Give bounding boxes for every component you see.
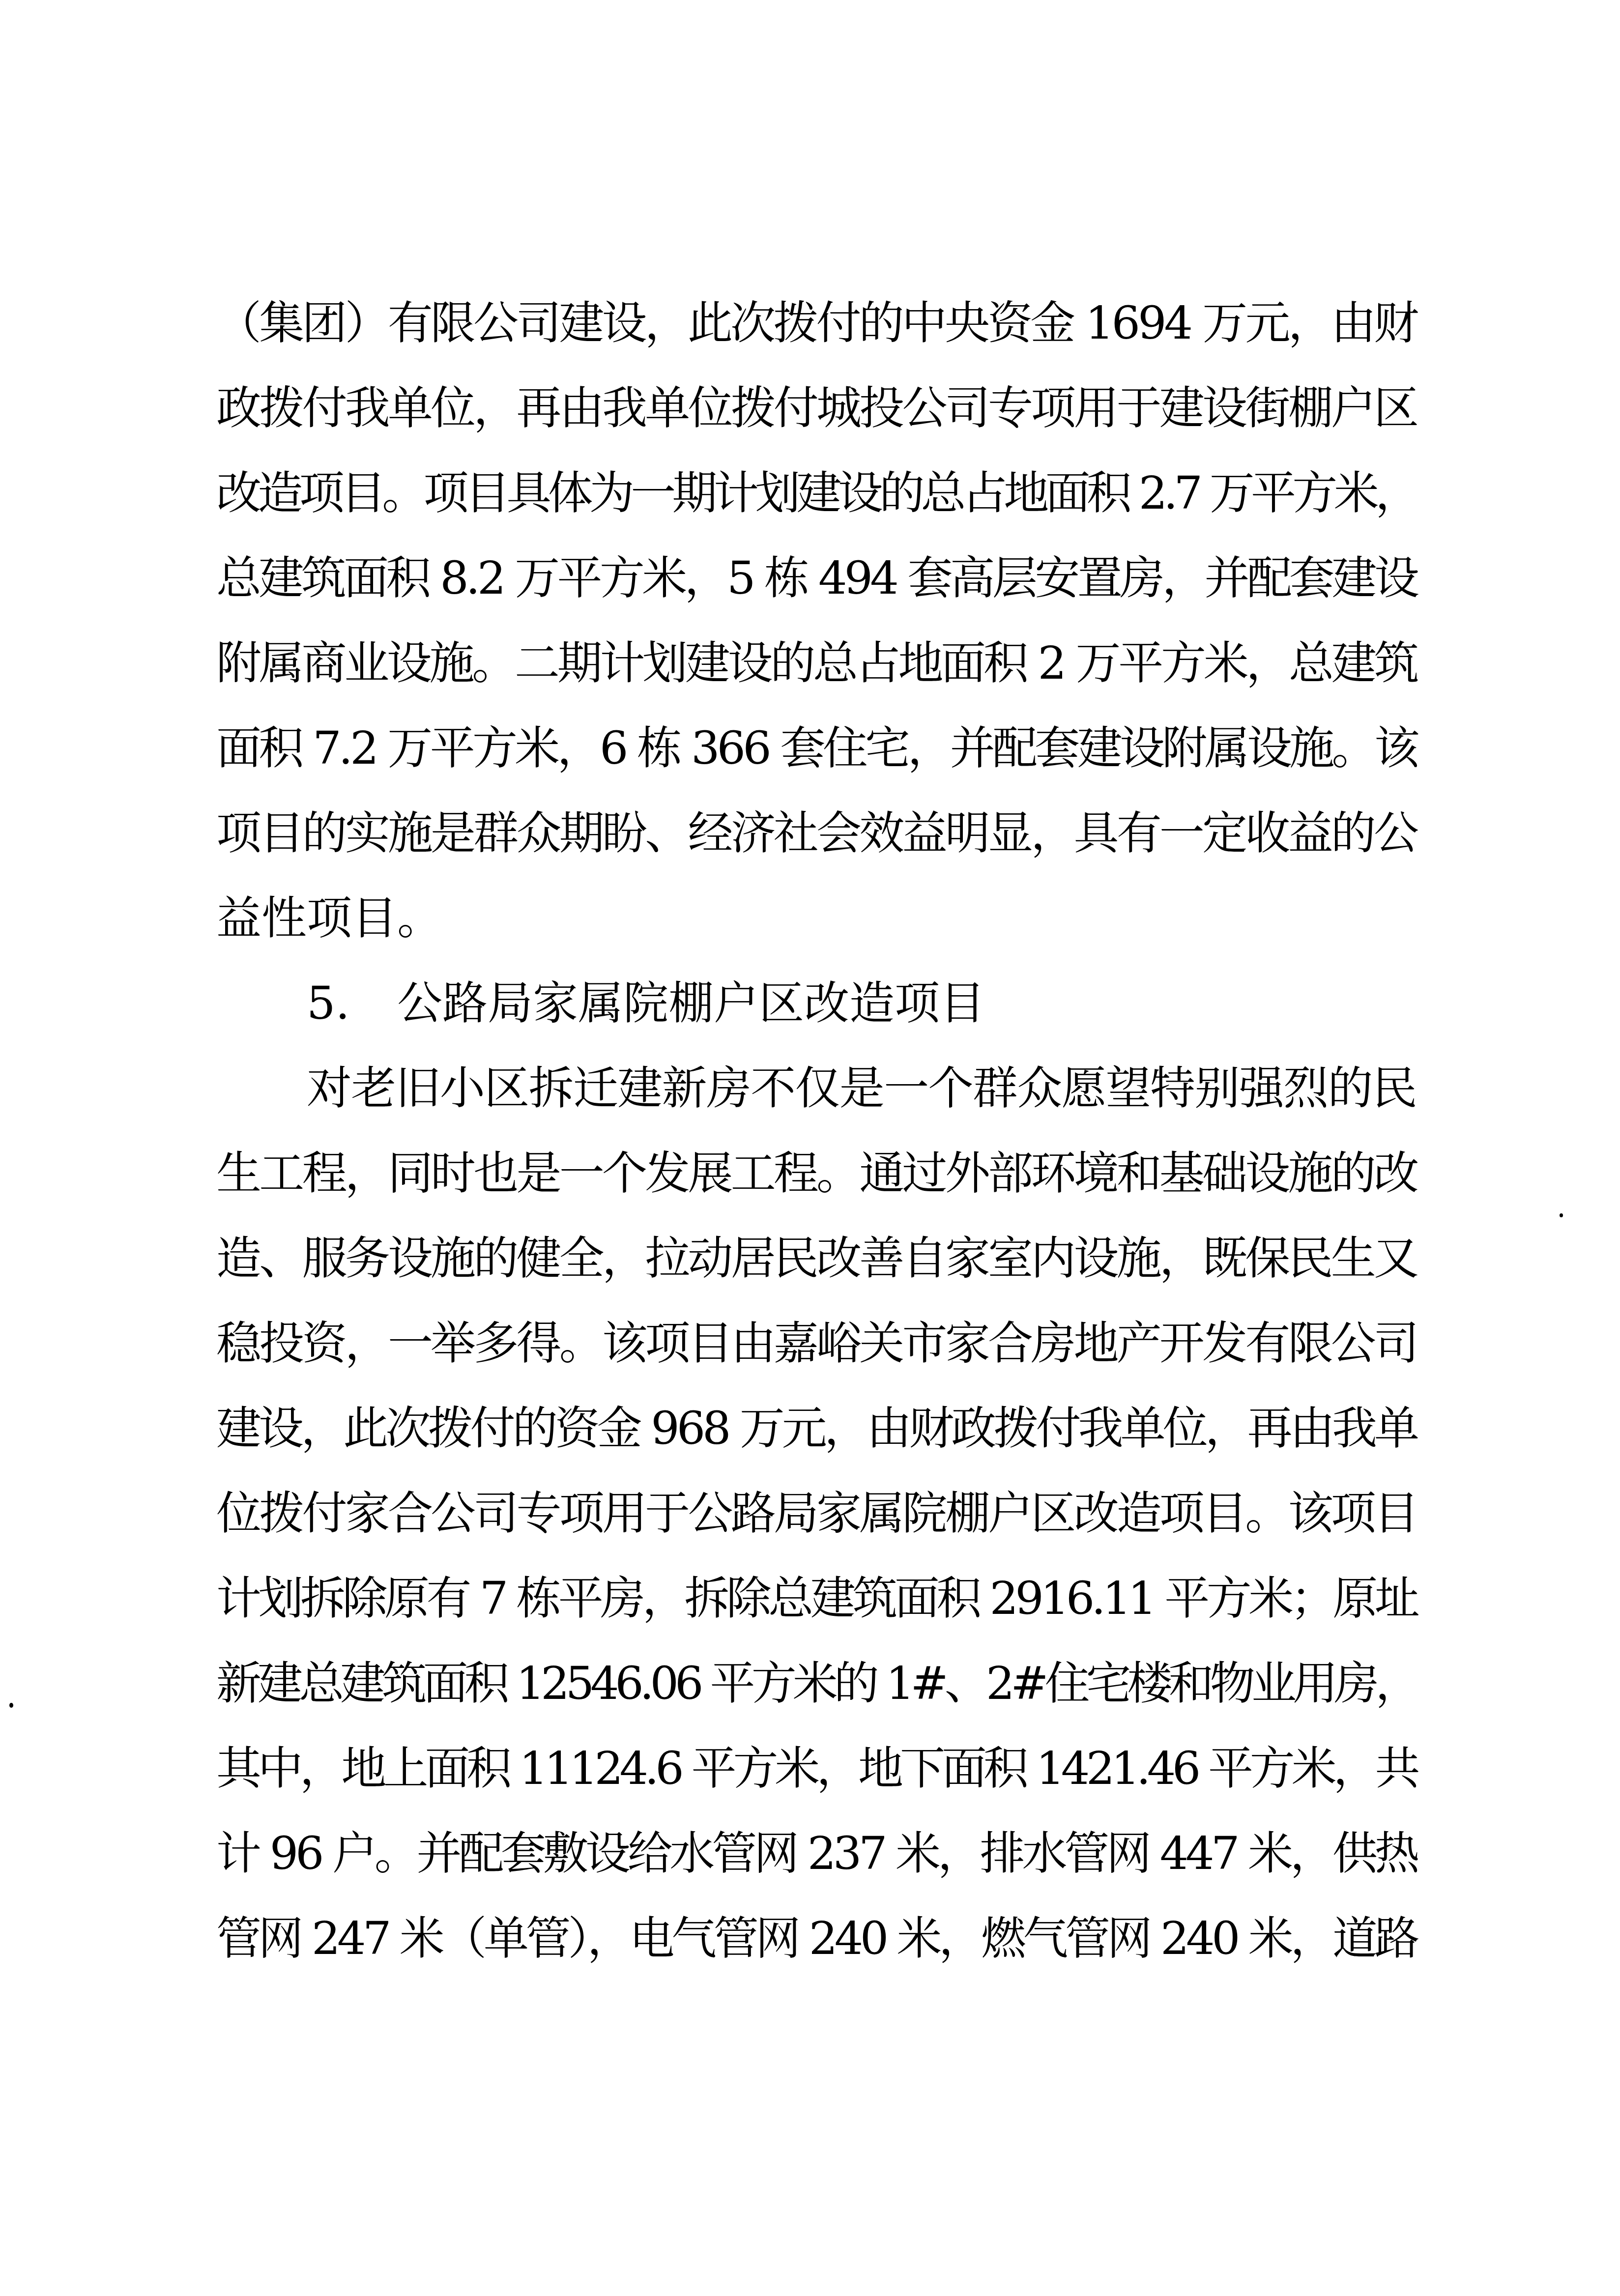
text-line: 管网 247 米（单管），电气管网 240 米，燃气管网 240 米，道路 (216, 1896, 1417, 1981)
scan-speck (9, 1703, 13, 1708)
text-line: 位拨付家合公司专项用于公路局家属院棚户区改造项目。该项目 (216, 1471, 1417, 1556)
text-line: 对老旧小区拆迁建新房不仅是一个群众愿望特别强烈的民 (216, 1046, 1417, 1131)
text-line: 计划拆除原有 7 栋平房，拆除总建筑面积 2916.11 平方米；原址 (216, 1556, 1417, 1641)
text-line: 造、服务设施的健全，拉动居民改善自家室内设施，既保民生又 (216, 1216, 1417, 1301)
paragraph-continued: （集团）有限公司建设，此次拨付的中央资金 1694 万元，由财 政拨付我单位，再… (216, 281, 1417, 961)
text-line: 生工程，同时也是一个发展工程。通过外部环境和基础设施的改 (216, 1131, 1417, 1216)
text-line: 总建筑面积 8.2 万平方米，5 栋 494 套高层安置房，并配套建设 (216, 536, 1417, 621)
text-line: 改造项目。项目具体为一期计划建设的总占地面积 2.7 万平方米， (216, 451, 1417, 536)
scan-speck (1560, 1213, 1563, 1217)
paragraph-new: 对老旧小区拆迁建新房不仅是一个群众愿望特别强烈的民 生工程，同时也是一个发展工程… (216, 1046, 1417, 1981)
text-line: 项目的实施是群众期盼、经济社会效益明显，具有一定收益的公 (216, 791, 1417, 876)
document-page: （集团）有限公司建设，此次拨付的中央资金 1694 万元，由财 政拨付我单位，再… (0, 0, 1620, 2296)
section-heading: 5.公路局家属院棚户区改造项目 (216, 961, 1417, 1046)
document-body: （集团）有限公司建设，此次拨付的中央资金 1694 万元，由财 政拨付我单位，再… (216, 281, 1417, 1981)
text-line: 面积 7.2 万平方米，6 栋 366 套住宅，并配套建设附属设施。该 (216, 706, 1417, 791)
text-line: 建设，此次拨付的资金 968 万元，由财政拨付我单位，再由我单 (216, 1386, 1417, 1471)
text-line: 政拨付我单位，再由我单位拨付城投公司专项用于建设街棚户区 (216, 366, 1417, 451)
text-line: 其中，地上面积 11124.6 平方米，地下面积 1421.46 平方米，共 (216, 1726, 1417, 1811)
text-line: 计 96 户。并配套敷设给水管网 237 米，排水管网 447 米，供热 (216, 1811, 1417, 1896)
text-line: （集团）有限公司建设，此次拨付的中央资金 1694 万元，由财 (216, 281, 1417, 366)
text-line: 稳投资，一举多得。该项目由嘉峪关市家合房地产开发有限公司 (216, 1301, 1417, 1386)
section-number: 5. (307, 961, 397, 1046)
text-line: 附属商业设施。二期计划建设的总占地面积 2 万平方米，总建筑 (216, 621, 1417, 706)
text-line: 益性项目。 (216, 876, 1417, 961)
section-title: 公路局家属院棚户区改造项目 (397, 977, 985, 1030)
text-line: 新建总建筑面积 12546.06 平方米的 1#、2#住宅楼和物业用房， (216, 1641, 1417, 1726)
